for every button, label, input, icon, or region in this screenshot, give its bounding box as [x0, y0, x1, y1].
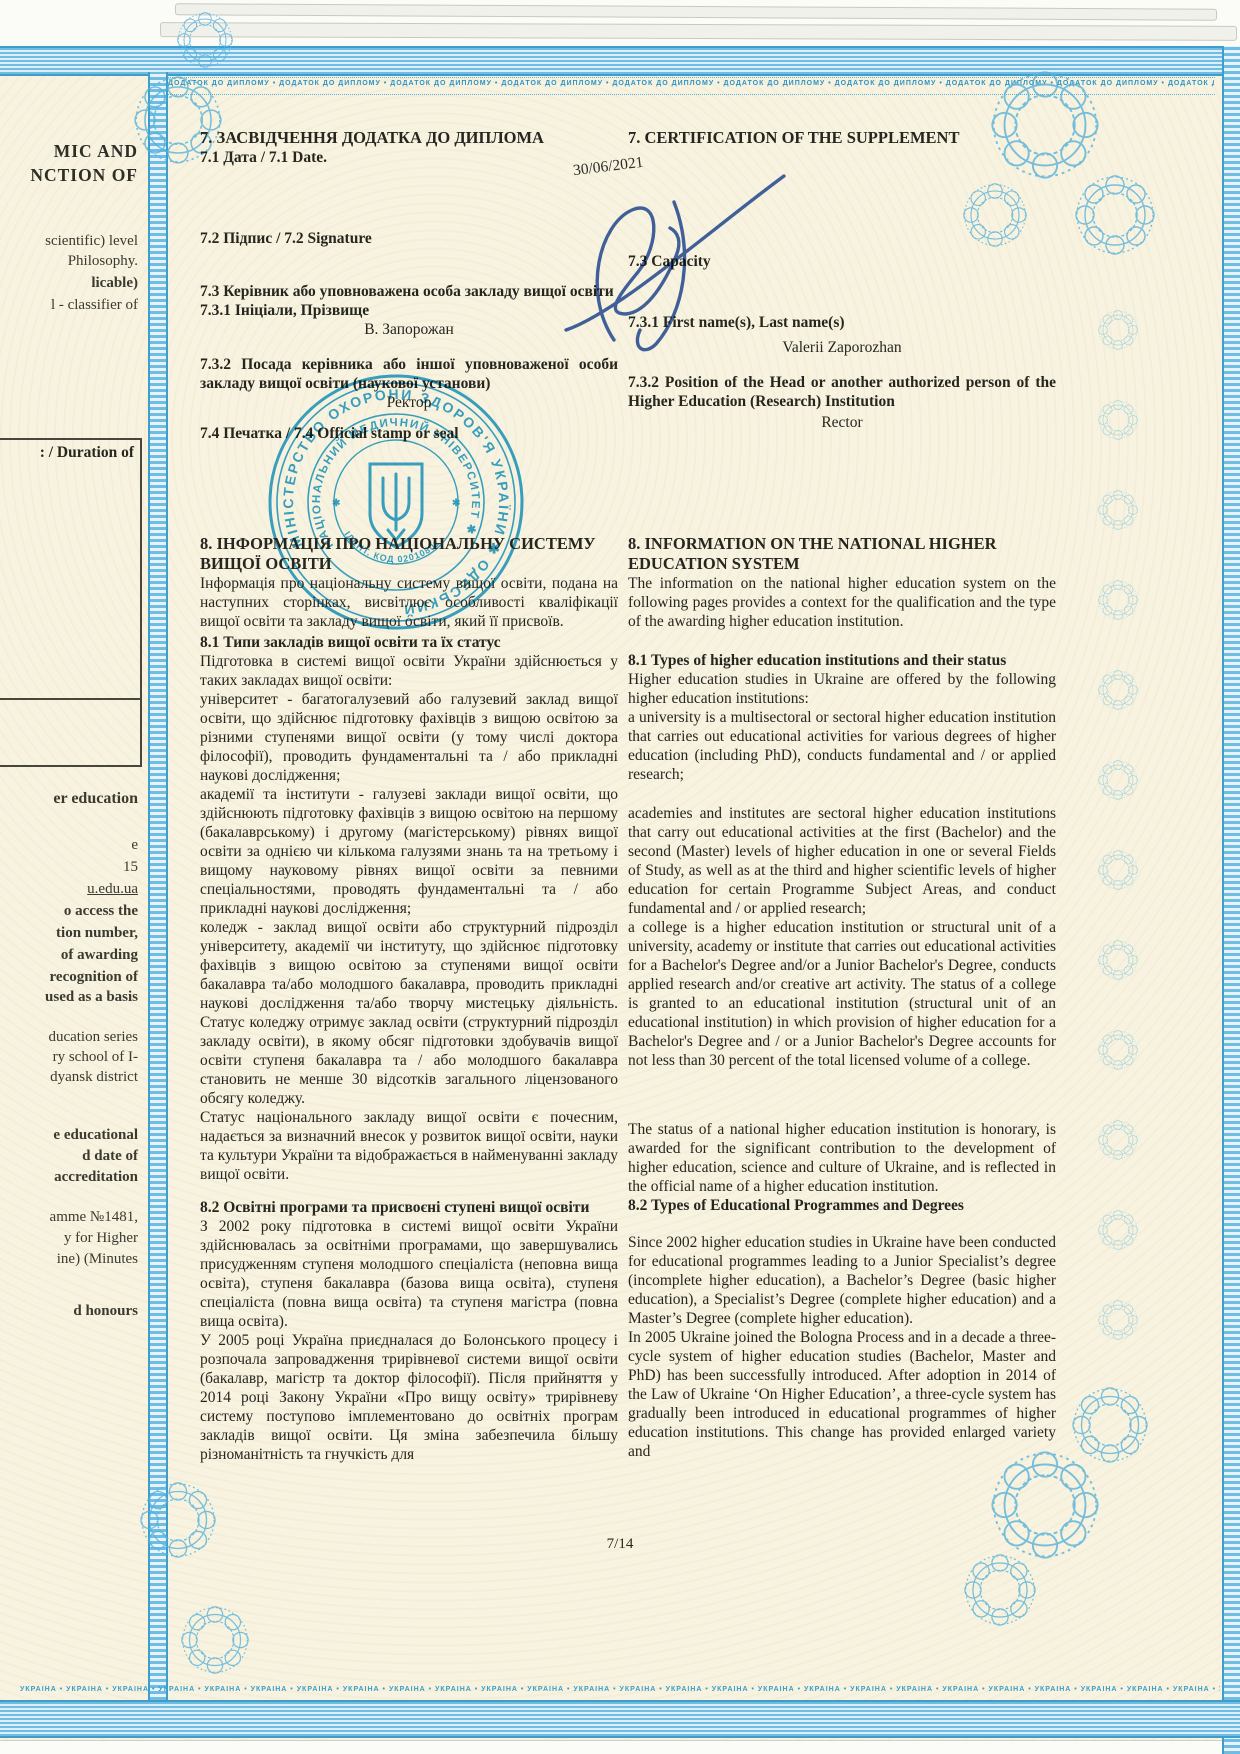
- border-dotted-line: [165, 94, 1215, 95]
- para-82b-en: In 2005 Ukraine joined the Bologna Proce…: [628, 1328, 1056, 1461]
- para-82a-en: Since 2002 higher education studies in U…: [628, 1233, 1056, 1328]
- signature-stroke: [597, 208, 679, 340]
- para-status-uk: Статус національного закладу вищої освіт…: [200, 1108, 618, 1184]
- para-status-en: The status of a national higher educatio…: [628, 1120, 1056, 1196]
- margin-fragment: ine) (Minutes: [0, 1250, 138, 1268]
- page-number: 7/14: [560, 1536, 680, 1553]
- microtext-bottom: УКРАЇНА • УКРАЇНА • УКРАЇНА • УКРАЇНА • …: [20, 1686, 1220, 1697]
- margin-fragment: accreditation: [0, 1168, 138, 1186]
- margin-fragment: e: [0, 836, 138, 854]
- margin-fragment: MIC AND: [0, 142, 138, 160]
- margin-fragment: 15: [0, 858, 138, 876]
- margin-fragment: l - classifier of: [0, 296, 138, 314]
- stamp-trident: [383, 474, 409, 540]
- signature-stroke: [637, 202, 684, 350]
- guilloche-band-bottom: [0, 1700, 1240, 1738]
- para-82b-uk: У 2005 році Україна приєдналася до Болон…: [200, 1331, 618, 1464]
- section8-en: 8. INFORMATION ON THE NATIONAL HIGHER ED…: [628, 534, 1056, 1461]
- table-rule: [0, 698, 140, 700]
- scan-edge-bottom: [0, 1740, 1240, 1754]
- guilloche-band-right: [1222, 46, 1240, 1754]
- margin-fragment: used as a basis: [0, 988, 138, 1006]
- para-academies-en: academies and institutes are sectoral hi…: [628, 804, 1056, 918]
- margin-fragment: scientific) level: [0, 232, 138, 250]
- stamp-star: ✱: [452, 498, 461, 509]
- margin-fragment: y for Higher: [0, 1229, 138, 1247]
- margin-fragment: of awarding: [0, 946, 138, 964]
- margin-fragment: e educational: [0, 1126, 138, 1144]
- margin-fragment: ry school of I-: [0, 1048, 138, 1066]
- position-label-en: 7.3.2 Position of the Head or another au…: [628, 373, 1056, 411]
- para-offered-en: Higher education studies in Ukraine are …: [628, 670, 1056, 708]
- margin-fragment: amme №1481,: [0, 1208, 138, 1226]
- para-82a-uk: З 2002 року підготовка в системі вищої о…: [200, 1217, 618, 1331]
- section8-intro-uk: Інформація про національну систему вищої…: [200, 574, 618, 631]
- margin-fragment: d date of: [0, 1147, 138, 1165]
- scanned-diploma-supplement-page: ДОДАТОК ДО ДИПЛОМУ • ДОДАТОК ДО ДИПЛОМУ …: [0, 0, 1240, 1754]
- para-college-en: a college is a higher education institut…: [628, 918, 1056, 1070]
- section8-intro-en: The information on the national higher e…: [628, 574, 1056, 631]
- section7-title-en: 7. CERTIFICATION OF THE SUPPLEMENT: [628, 128, 1056, 148]
- para-university-en: a university is a multisectoral or secto…: [628, 708, 1056, 784]
- para-college-uk: коледж - заклад вищої освіти або структу…: [200, 918, 618, 1108]
- section8-heading-uk: 8. ІНФОРМАЦІЯ ПРО НАЦІОНАЛЬНУ СИСТЕМУ ВИ…: [200, 534, 618, 574]
- margin-fragment: er education: [0, 790, 138, 808]
- guilloche-band-top: [0, 46, 1240, 76]
- position-value-en: Rector: [628, 413, 1056, 432]
- margin-fragment: tion number,: [0, 924, 138, 942]
- section7-title-uk: 7. ЗАСВІДЧЕННЯ ДОДАТКА ДО ДИПЛОМА: [200, 128, 618, 148]
- margin-fragment: dyansk district: [0, 1068, 138, 1086]
- border-dotted-line: [165, 77, 1215, 78]
- para-university-uk: університет - багатогалузевий або галузе…: [200, 690, 618, 785]
- margin-fragment-url: u.edu.ua: [0, 880, 138, 898]
- margin-fragment: o access the: [0, 902, 138, 920]
- para-academies-uk: академії та інститути - галузеві заклади…: [200, 785, 618, 918]
- margin-fragment: recognition of: [0, 968, 138, 986]
- margin-fragment: ducation series: [0, 1028, 138, 1046]
- duration-cell-label: : / Duration of: [40, 444, 134, 462]
- margin-table-fragment: : / Duration of: [0, 438, 142, 767]
- margin-fragment: licable): [0, 274, 138, 292]
- section8-heading-en: 8. INFORMATION ON THE NATIONAL HIGHER ED…: [628, 534, 1056, 574]
- para-offered-uk: Підготовка в системі вищої освіти Україн…: [200, 652, 618, 690]
- heading-8-1-en: 8.1 Types of higher education institutio…: [628, 651, 1056, 670]
- stamp-star: ✱: [332, 498, 341, 509]
- guilloche-band-left: [148, 72, 168, 1700]
- heading-8-2-en: 8.2 Types of Educational Programmes and …: [628, 1196, 1056, 1215]
- heading-8-1-uk: 8.1 Типи закладів вищої освіти та їх ста…: [200, 633, 618, 652]
- signature-ink: [548, 162, 798, 352]
- microtext-top: ДОДАТОК ДО ДИПЛОМУ • ДОДАТОК ДО ДИПЛОМУ …: [168, 80, 1214, 91]
- section8-uk: 8. ІНФОРМАЦІЯ ПРО НАЦІОНАЛЬНУ СИСТЕМУ ВИ…: [200, 534, 618, 1464]
- margin-fragment: Philosophy.: [0, 252, 138, 270]
- heading-8-2-uk: 8.2 Освітні програми та присвоєні ступен…: [200, 1198, 618, 1217]
- margin-fragment: d honours: [0, 1302, 138, 1320]
- margin-fragment: NCTION OF: [0, 166, 138, 184]
